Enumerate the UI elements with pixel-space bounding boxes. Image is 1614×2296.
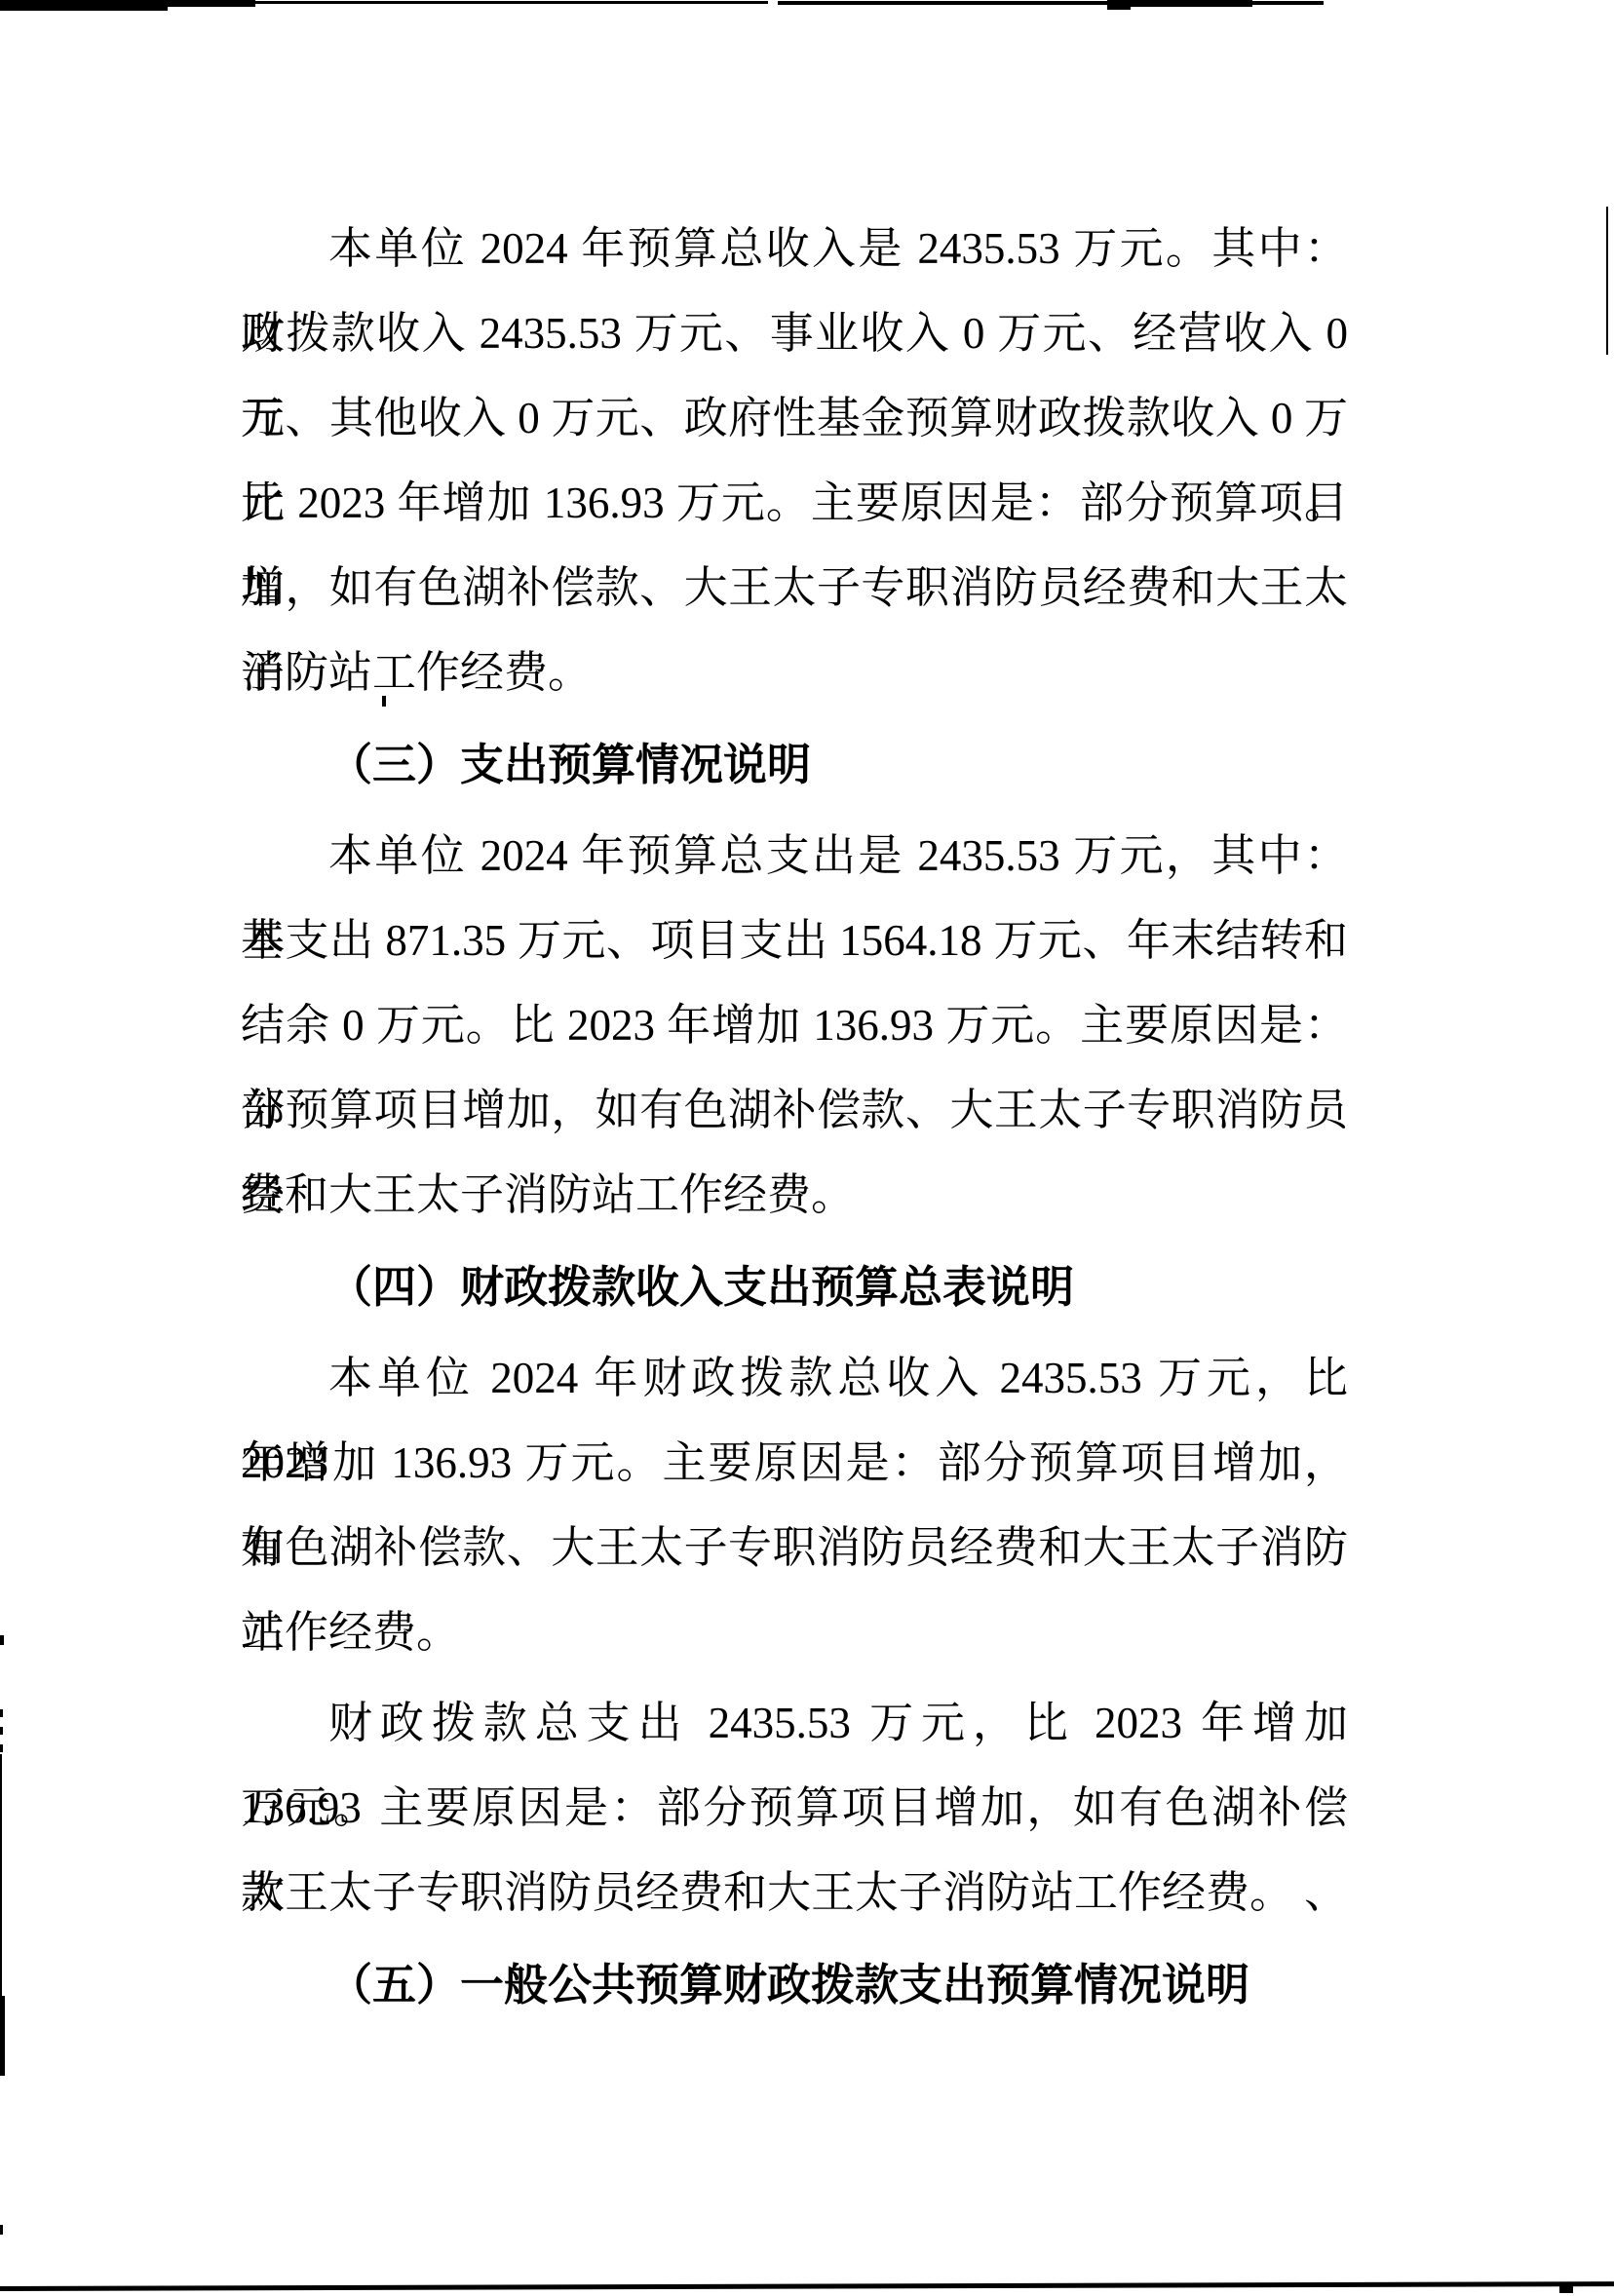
- text-line: 政拨款收入 2435.53 万元、事业收入 0 万元、经营收入 0 万: [241, 291, 1348, 376]
- text-line: 万元。主要原因是：部分预算项目增加，如有色湖补偿款、: [241, 1766, 1348, 1851]
- scan-mark: [0, 1744, 3, 1752]
- text-line: 本单位 2024 年财政拨款总收入 2435.53 万元，比 2023: [241, 1336, 1348, 1421]
- text-line: 财政拨款总支出 2435.53 万元，比 2023 年增加 136.93: [241, 1681, 1348, 1766]
- scan-mark: [1107, 0, 1131, 10]
- text-line: 分预算项目增加，如有色湖补偿款、大王太子专职消防员经: [241, 1068, 1348, 1153]
- text-line: 大王太子专职消防员经费和大王太子消防站工作经费。: [241, 1851, 1348, 1935]
- text-line: 消防站工作经费。: [241, 631, 1348, 715]
- text-line: 工作经费。: [241, 1590, 1348, 1675]
- scan-mark: [1252, 1, 1324, 5]
- scan-mark: [0, 2225, 3, 2235]
- text-line: 元、其他收入 0 万元、政府性基金预算财政拨款收入 0 万元。: [241, 376, 1348, 461]
- right-edge-scan-line: [1606, 207, 1608, 355]
- scan-mark: [1559, 2284, 1573, 2293]
- text-line: 比 2023 年增加 136.93 万元。主要原因是：部分预算项目增: [241, 461, 1348, 546]
- text-line: 本单位 2024 年预算总支出是 2435.53 万元，其中：基: [241, 814, 1348, 899]
- scan-mark: [255, 1, 768, 4]
- text-line: 费和大王太子消防站工作经费。: [241, 1153, 1348, 1238]
- scan-mark: [0, 1996, 5, 2076]
- scan-mark: [1131, 0, 1252, 7]
- document-text-block: 本单位 2024 年预算总收入是 2435.53 万元。其中：财政拨款收入 24…: [241, 201, 1348, 2034]
- section-heading: （三）支出预算情况说明: [241, 723, 1348, 808]
- text-line: 年增加 136.93 万元。主要原因是：部分预算项目增加，如: [241, 1421, 1348, 1506]
- text-line: 本单位 2024 年预算总收入是 2435.53 万元。其中：财: [241, 207, 1348, 291]
- scan-mark: [0, 1727, 3, 1735]
- text-line: 加，如有色湖补偿款、大王太子专职消防员经费和大王太子: [241, 546, 1348, 631]
- scan-mark: [0, 1709, 3, 1717]
- scan-mark: [0, 1635, 4, 1645]
- text-line: 有色湖补偿款、大王太子专职消防员经费和大王太子消防站: [241, 1506, 1348, 1590]
- text-line: 结余 0 万元。比 2023 年增加 136.93 万元。主要原因是：部: [241, 983, 1348, 1068]
- section-heading: （五）一般公共预算财政拨款支出预算情况说明: [241, 1943, 1348, 2028]
- scan-mark: [0, 0, 168, 11]
- text-line: 本支出 871.35 万元、项目支出 1564.18 万元、年末结转和: [241, 899, 1348, 983]
- scan-mark: [0, 2281, 1614, 2291]
- scan-mark: [778, 1, 1107, 5]
- section-heading: （四）财政拨款收入支出预算总表说明: [241, 1245, 1348, 1330]
- scan-mark: [168, 0, 255, 7]
- scanned-document-page: 本单位 2024 年预算总收入是 2435.53 万元。其中：财政拨款收入 24…: [0, 0, 1614, 2296]
